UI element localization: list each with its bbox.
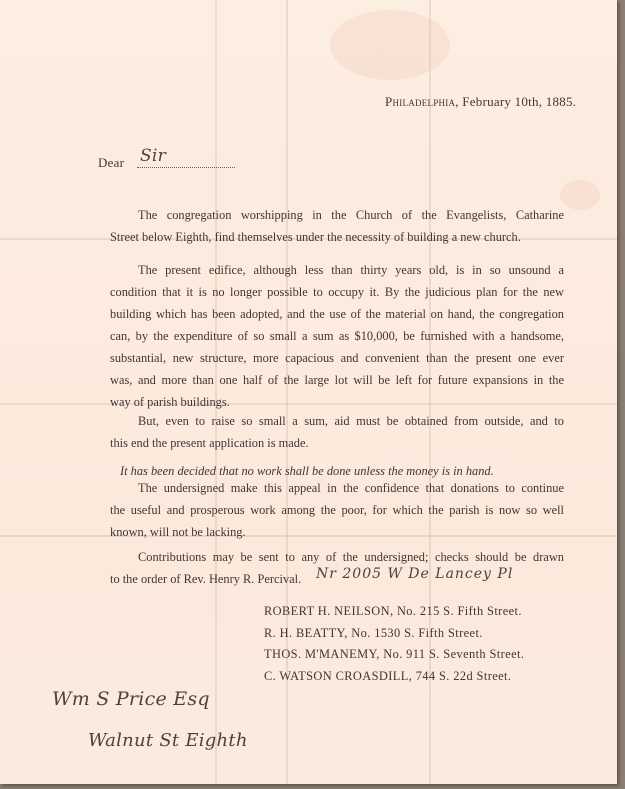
- paragraph-line: But, even to raise so small a sum, aid m…: [110, 410, 564, 432]
- paragraph-edifice: The present edifice, although less than …: [110, 259, 564, 413]
- paragraph-line: substantial, new structure, more capacio…: [110, 347, 564, 369]
- signers-list: ROBERT H. NEILSON, No. 215 S. Fifth Stre…: [264, 601, 524, 687]
- handwritten-recipient-name: Wm S Price Esq: [52, 688, 210, 710]
- salutation: Dear: [98, 155, 124, 171]
- handwritten-recipient-street: Walnut St Eighth: [88, 730, 248, 751]
- paragraph-line: to the order of Rev. Henry R. Percival.: [110, 568, 330, 590]
- paragraph-line: was, and more than one half of the large…: [110, 369, 564, 391]
- handwritten-salutation-name: Sir: [140, 146, 166, 166]
- paragraph-line: building which has been adopted, and the…: [110, 303, 564, 325]
- dateline-date: , February 10th, 1885.: [455, 94, 576, 109]
- paragraph-line: The present edifice, although less than …: [110, 259, 564, 281]
- paragraph-line: can, by the expenditure of so small a su…: [110, 325, 564, 347]
- dateline-place: Philadelphia: [385, 94, 455, 109]
- salutation-blank-line: [137, 167, 235, 168]
- handwritten-address: Nr 2005 W De Lancey Pl: [316, 566, 513, 582]
- paragraph-line: Street below Eighth, find themselves und…: [110, 226, 564, 248]
- paragraph-line: The undersigned make this appeal in the …: [110, 477, 564, 499]
- dateline: Philadelphia, February 10th, 1885.: [385, 94, 576, 110]
- paragraph-aid: But, even to raise so small a sum, aid m…: [110, 410, 564, 454]
- paper-stain: [560, 180, 600, 210]
- paragraph-line: known, will not be lacking.: [110, 521, 564, 543]
- paragraph-line: condition that it is no longer possible …: [110, 281, 564, 303]
- paragraph-appeal: The undersigned make this appeal in the …: [110, 477, 564, 543]
- paragraph-intro: The congregation worshipping in the Chur…: [110, 204, 564, 248]
- signer: C. WATSON CROASDILL, 744 S. 22d Street.: [264, 666, 524, 688]
- paragraph-line: The congregation worshipping in the Chur…: [110, 204, 564, 226]
- signer: THOS. M'MANEMY, No. 911 S. Seventh Stree…: [264, 644, 524, 666]
- paragraph-line: Contributions may be sent to any of the …: [110, 546, 564, 568]
- signer: R. H. BEATTY, No. 1530 S. Fifth Street.: [264, 623, 524, 645]
- paragraph-line: this end the present application is made…: [110, 432, 564, 454]
- paper-stain: [330, 10, 450, 80]
- signer: ROBERT H. NEILSON, No. 215 S. Fifth Stre…: [264, 601, 524, 623]
- paragraph-line: the useful and prosperous work among the…: [110, 499, 564, 521]
- letter-page: Philadelphia, February 10th, 1885. Dear …: [0, 0, 617, 784]
